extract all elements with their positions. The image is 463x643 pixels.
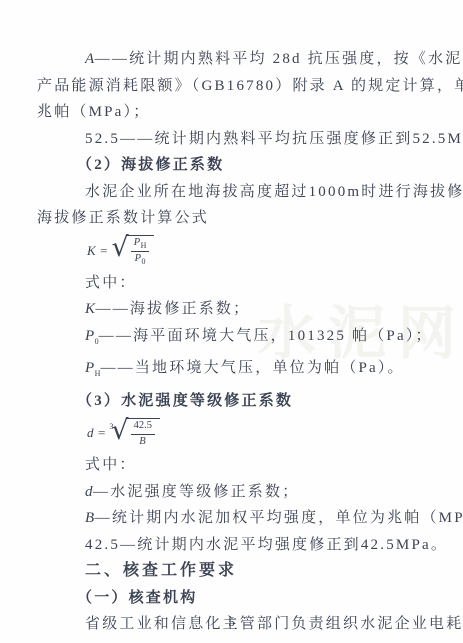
document-content: A——统计期内熟料平均 28d 抗压强度，按《水泥单位 产品能源消耗限额》（GB… bbox=[37, 46, 431, 638]
formula-altitude-correction: K=√PHP0 bbox=[37, 234, 431, 268]
formula-d-lhs: d bbox=[87, 425, 94, 441]
formula-strength-grade-correction: d=3√42.5B bbox=[37, 416, 431, 450]
definition-line-42-5: 42.5—统计期内水泥平均强度修正到42.5MPa。 bbox=[37, 532, 431, 559]
variable-b: B bbox=[85, 510, 95, 526]
fraction-numerator: 42.5 bbox=[131, 420, 155, 434]
paragraph-text: ——统计期内熟料平均 28d 抗压强度，按《水泥单位 bbox=[95, 51, 463, 67]
variable-ph: P bbox=[85, 360, 95, 376]
definition-line-52-5: 52.5——统计期内熟料平均抗压强度修正到52.5MPa。 bbox=[37, 126, 431, 153]
variable-a: A bbox=[85, 51, 95, 67]
equals-sign: = bbox=[98, 425, 105, 441]
section-heading-strength-grade-correction: （3）水泥强度等级修正系数 bbox=[37, 388, 431, 415]
definition-line-k: K——海拔修正系数； bbox=[37, 296, 431, 323]
paragraph-line: 产品能源消耗限额》（GB16780）附录 A 的规定计算，单位为 bbox=[37, 73, 431, 100]
radical-sign: √ bbox=[112, 234, 129, 261]
variable-d: d bbox=[85, 484, 93, 500]
variable-k: K bbox=[85, 301, 96, 317]
square-root: √PHP0 bbox=[112, 235, 155, 267]
paragraph-line: A——统计期内熟料平均 28d 抗压强度，按《水泥单位 bbox=[37, 46, 431, 73]
definition-line-b: B—统计期内水泥加权平均强度，单位为兆帕（MPa）； bbox=[37, 505, 431, 532]
fraction-numerator: PH bbox=[131, 237, 150, 252]
section-heading-verification-agency: （一）核查机构 bbox=[37, 585, 431, 612]
radical-sign: √ bbox=[111, 417, 128, 444]
document-page: 水泥网 A——统计期内熟料平均 28d 抗压强度，按《水泥单位 产品能源消耗限额… bbox=[0, 0, 463, 643]
variable-p0: P bbox=[85, 328, 95, 344]
fraction-denominator: P0 bbox=[135, 252, 146, 266]
definition-line-d: d—水泥强度等级修正系数； bbox=[37, 479, 431, 506]
where-label: 式中： bbox=[37, 452, 431, 479]
fraction: PHP0 bbox=[126, 235, 155, 267]
formula-k-lhs: K bbox=[87, 243, 96, 259]
page-number: 5 bbox=[0, 614, 463, 630]
definition-line-p0: P0——海平面环境大气压，101325 帕（Pa）； bbox=[37, 323, 431, 356]
paragraph-line: 水泥企业所在地海拔高度超过1000m时进行海拔修正， bbox=[37, 179, 431, 206]
paragraph-line: 兆帕（MPa）； bbox=[37, 99, 431, 126]
where-label: 式中： bbox=[37, 270, 431, 297]
paragraph-line: 海拔修正系数计算公式 bbox=[37, 205, 431, 232]
equals-sign: = bbox=[100, 243, 107, 259]
fraction-denominator: B bbox=[139, 435, 146, 448]
chapter-heading-verification-requirements: 二、核查工作要求 bbox=[37, 558, 431, 585]
definition-line-ph: PH——当地环境大气压，单位为帕（Pa）。 bbox=[37, 355, 431, 388]
fraction: 42.5B bbox=[126, 418, 160, 447]
root: 3√42.5B bbox=[109, 418, 160, 447]
section-heading-altitude-correction: （2）海拔修正系数 bbox=[37, 152, 431, 179]
